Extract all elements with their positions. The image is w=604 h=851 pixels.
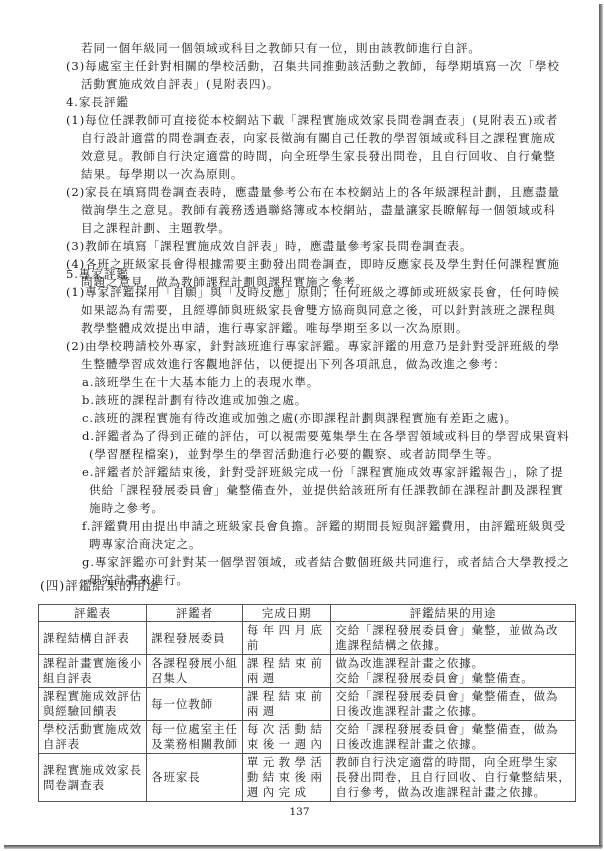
cell-line: 束後一週內 (247, 737, 326, 752)
cell-line: 與經驗回饋表 (43, 704, 142, 719)
table-row: 課程實施成效家長問卷調查表各班家長單元教學活動結束後兩週內完成教師自行決定適當的… (39, 754, 576, 802)
text-line: a.該班學生在十大基本能力上的表現水準。 (82, 376, 319, 389)
cell-line: 每一位處室主任 (151, 722, 238, 737)
text-line: c.該班的課程實施有待改進或加強之處(亦即課程計劃與課程實施有差距之處)。 (82, 412, 517, 425)
table-row: 課程結構自評表課程發展委員每年四月底前交給「課程發展委員會」彙整，並做為改進課程… (39, 622, 576, 655)
cell-evaluator: 課程發展委員 (147, 622, 243, 655)
cell-line: 課程結束前 (247, 689, 326, 704)
cell-line: 課程發展委員 (151, 631, 238, 646)
cell-evaluator: 各課程發展小組召集人 (147, 655, 243, 688)
section-title: (四)評鑑結果的用途 (40, 576, 160, 594)
text-line: 如果認為有需要，且經導師與班級家長會雙方協商與同意之後，可以針對該班之課程與 (81, 304, 556, 317)
cell-line: 動結束後兩 (247, 770, 326, 785)
cell-line: 課程實施成效家長 (43, 763, 142, 778)
cell-date: 課程結束前兩週 (242, 655, 330, 688)
text-line: (2)家長在填寫問卷調查表時，應盡量參考公布在本校網站上的各年級課程計劃，且應盡… (66, 186, 560, 199)
header-use: 評鑑結果的用途 (331, 605, 575, 622)
header-evaluator: 評鑑者 (147, 605, 243, 622)
cell-use: 教師自行決定適當的時間，向全班學生家長發出問卷，且自行回收、自行彙整結果，自行參… (331, 754, 575, 802)
text-line: 自行設計適當的問卷調查表，向家長徵詢有關自己任教的學習領域或科目之課程實施成 (81, 132, 556, 145)
text-line: 徵詢學生之意見。教師有義務透過聯絡簿或本校網站，盡量讓家長瞭解每一個領域或科 (81, 204, 556, 217)
text-line: 5.專家評鑑 (66, 268, 129, 281)
text-line: 生整體學習成效進行客觀地評估，以便提出下列各項訊息，做為改進之參考： (81, 358, 506, 371)
cell-line: 教師自行決定適當的時間，向全班學生家 (335, 755, 570, 770)
cell-line: 自行參考，做為改進課程計畫之依據。 (335, 785, 570, 800)
table-row: 學校活動實施成效自評表每一位處室主任及業務相關教師每次活動結束後一週內交給「課程… (39, 721, 576, 754)
cell-date: 單元教學活動結束後兩週內完成 (242, 754, 330, 802)
text-line: 目之課程計劃、主題教學。 (81, 222, 231, 235)
cell-line: 交給「課程發展委員會」彙整備查。 (335, 671, 570, 686)
cell-line: 做為改進課程計畫之依據。 (335, 656, 570, 671)
cell-line: 學校活動實施成效 (43, 722, 142, 737)
cell-line: 長發出問卷，且自行回收、自行彙整結果， (335, 770, 570, 785)
cell-use: 做為改進課程計畫之依據。交給「課程發展委員會」彙整備查。 (331, 655, 575, 688)
cell-date: 課程結束前兩週 (242, 688, 330, 721)
cell-line: 及業務相關教師 (151, 737, 238, 752)
cell-line: 單元教學活 (247, 755, 326, 770)
page-number: 137 (0, 806, 599, 818)
text-line: 施時之參考。 (89, 502, 164, 515)
cell-line: 週內完成 (247, 785, 326, 800)
table-body: 課程結構自評表課程發展委員每年四月底前交給「課程發展委員會」彙整，並做為改進課程… (39, 622, 576, 802)
table-row: 課程實施成效評估與經驗回饋表每一位教師課程結束前兩週交給「課程發展委員會」彙整備… (39, 688, 576, 721)
text-line: (2)由學校聘請校外專家，針對該班進行專家評鑑。專家評鑑的用意乃是針對受評班級的… (66, 340, 560, 353)
cell-line: 兩週 (247, 704, 326, 719)
header-date: 完成日期 (242, 605, 330, 622)
cell-line: 每年四月底 (247, 623, 326, 638)
cell-line: 交給「課程發展委員會」彙整備查，做為 (335, 689, 570, 704)
cell-form: 學校活動實施成效自評表 (39, 721, 147, 754)
header-form: 評鑑表 (39, 605, 147, 622)
cell-line: 課程結束前 (247, 656, 326, 671)
text-line: 聘專家洽商決定之。 (89, 538, 201, 551)
text-line: f.評鑑費用由提出申請之班級家長會負擔。評鑑的期間長短與評鑑費用，由評鑑班級與受 (82, 520, 566, 533)
text-line: 活動實施成效自評表」(見附表四)。 (81, 78, 279, 91)
cell-date: 每年四月底前 (242, 622, 330, 655)
cell-line: 交給「課程發展委員會」彙整，並做為改 (335, 623, 570, 638)
cell-line: 每一位教師 (151, 697, 238, 712)
cell-line: 日後改進課程計畫之依據。 (335, 704, 570, 719)
cell-line: 前 (247, 638, 326, 653)
cell-line: 日後改進課程計畫之依據。 (335, 737, 570, 752)
cell-form: 課程計畫實施後小組自評表 (39, 655, 147, 688)
document-page: 若同一個年級同一個領域或科目之教師只有一位，則由該教師進行自評。(3)每處室主任… (0, 0, 599, 846)
table-header-row: 評鑑表 評鑑者 完成日期 評鑑結果的用途 (39, 605, 576, 622)
cell-evaluator: 各班家長 (147, 754, 243, 802)
cell-line: 進課程結構之依據。 (335, 638, 570, 653)
cell-line: 自評表 (43, 737, 142, 752)
text-line: (1)每位任課教師可直接從本校網站下載「課程實施成效家長問卷調查表」(見附表五)… (66, 114, 558, 127)
cell-use: 交給「課程發展委員會」彙整備查，做為日後改進課程計畫之依據。 (331, 688, 575, 721)
text-line: d.評鑑者為了得到正確的評估，可以視需要蒐集學生在各學習領域或科目的學習成果資料 (82, 430, 570, 443)
cell-line: 問卷調查表 (43, 778, 142, 793)
cell-form: 課程結構自評表 (39, 622, 147, 655)
cell-evaluator: 每一位處室主任及業務相關教師 (147, 721, 243, 754)
text-line: b.該班的課程計劃有待改進或加強之處。 (82, 394, 307, 407)
cell-evaluator: 每一位教師 (147, 688, 243, 721)
cell-form: 課程實施成效評估與經驗回饋表 (39, 688, 147, 721)
text-line: (3)每處室主任針對相關的學校活動，召集共同推動該活動之教師，每學期填寫一次「學… (66, 60, 560, 73)
cell-line: 課程結構自評表 (43, 631, 142, 646)
text-line: 4.家長評鑑 (66, 96, 129, 109)
table-row: 課程計畫實施後小組自評表各課程發展小組召集人課程結束前兩週做為改進課程計畫之依據… (39, 655, 576, 688)
text-line: (學習歷程檔案)，並對學生的學習活動進行必要的觀察、或者訪問學生等。 (89, 448, 500, 461)
page-shadow-right (599, 4, 603, 848)
text-line: 供給「課程發展委員會」彙整備查外，並提供給該班所有任課教師在課程計劃及課程實 (89, 484, 564, 497)
cell-date: 每次活動結束後一週內 (242, 721, 330, 754)
cell-form: 課程實施成效家長問卷調查表 (39, 754, 147, 802)
cell-line: 交給「課程發展委員會」彙整備查，做為 (335, 722, 570, 737)
evaluation-table: 評鑑表 評鑑者 完成日期 評鑑結果的用途 課程結構自評表課程發展委員每年四月底前… (38, 604, 576, 802)
cell-line: 各班家長 (151, 770, 238, 785)
text-line: e.評鑑者於評鑑結束後，針對受評班級完成一份「課程實施成效專家評鑑報告」，除了提 (82, 466, 563, 479)
page-shadow-bottom (4, 845, 602, 849)
text-line: (1)專家評鑑採用「自願」與「及時反應」原則；任何班級之導師或班級家長會，任何時… (66, 286, 560, 299)
text-line: g.專家評鑑亦可針對某一個學習領域，或者結合數個班級共同進行，或者結合大學教授之 (82, 556, 570, 569)
cell-line: 課程實施成效評估 (43, 689, 142, 704)
cell-use: 交給「課程發展委員會」彙整，並做為改進課程結構之依據。 (331, 622, 575, 655)
cell-line: 課程計畫實施後小 (43, 656, 142, 671)
text-line: (4)各班之班級家長會得根據需要主動發出問卷調查，即時反應家長及學生對任何課程實… (66, 258, 560, 271)
cell-line: 每次活動結 (247, 722, 326, 737)
text-line: (3)教師在填寫「課程實施成效自評表」時，應盡量參考家長問卷調查表。 (66, 240, 472, 253)
text-line: 效意見。教師自行決定適當的時間，向全班學生家長發出問卷，且自行回收、自行彙整 (81, 150, 556, 163)
cell-line: 組自評表 (43, 671, 142, 686)
text-line: 若同一個年級同一個領域或科目之教師只有一位，則由該教師進行自評。 (81, 42, 481, 55)
cell-line: 各課程發展小組 (151, 656, 238, 671)
text-line: 結果。每學期以一次為原則。 (81, 168, 243, 181)
cell-use: 交給「課程發展委員會」彙整備查，做為日後改進課程計畫之依據。 (331, 721, 575, 754)
text-line: 教學整體成效提出申請，進行專家評鑑。唯每學期至多以一次為原則。 (81, 322, 468, 335)
cell-line: 兩週 (247, 671, 326, 686)
cell-line: 召集人 (151, 671, 238, 686)
